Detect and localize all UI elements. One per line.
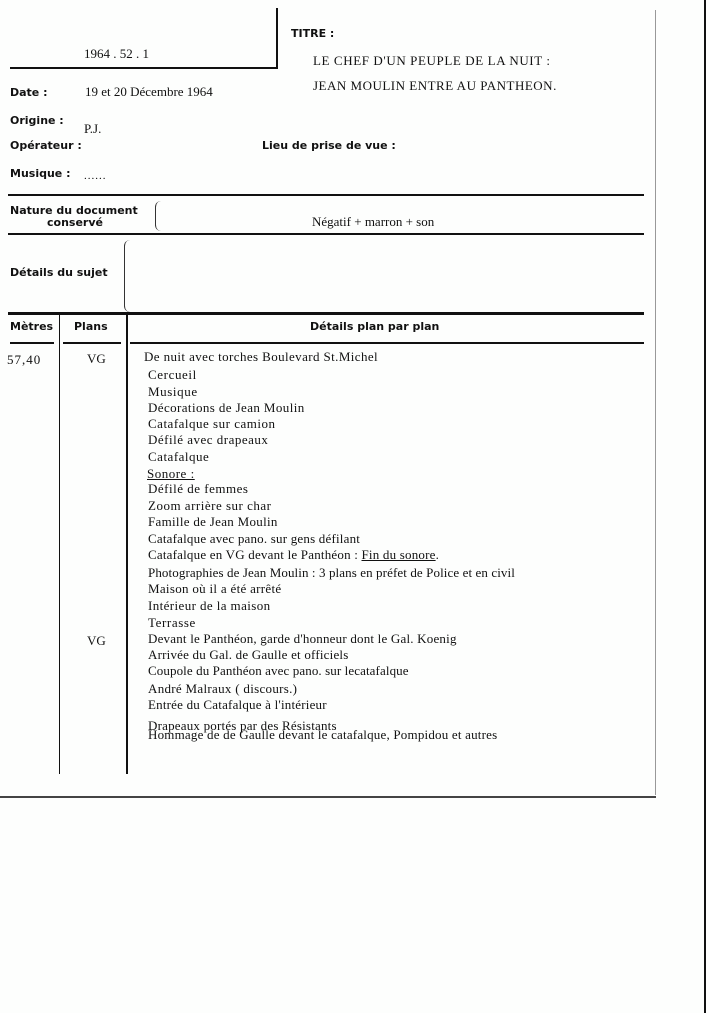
detail-row: Terrasse [148, 615, 196, 631]
scan-edge [704, 0, 711, 1013]
lieu-label: Lieu de prise de vue : [262, 139, 396, 152]
origine-value: P.J. [84, 121, 101, 137]
detail-row: Cercueil [148, 367, 197, 383]
detail-row: Catafalque [148, 449, 209, 465]
detail-row: Décorations de Jean Moulin [148, 400, 305, 416]
detail-row: Maison où il a été arrêté [148, 581, 281, 597]
header-plans: Plans [74, 320, 108, 333]
header-details: Détails plan par plan [310, 320, 439, 333]
details-sujet-brace [124, 240, 131, 312]
detail-row: Musique [148, 384, 198, 400]
detail-row: André Malraux ( discours.) [148, 681, 297, 697]
date-value: 19 et 20 Décembre 1964 [85, 84, 213, 100]
detail-row: Défilé avec drapeaux [148, 432, 268, 448]
fin-du-sonore: Fin du sonore [362, 547, 436, 562]
title-line-1: LE CHEF D'UN PEUPLE DE LA NUIT : [313, 53, 551, 69]
nature-label-line2: conservé [47, 216, 103, 229]
date-label: Date : [10, 86, 48, 99]
ref-box-bottom-border [10, 67, 278, 69]
title-line-2: JEAN MOULIN ENTRE AU PANTHEON. [313, 78, 557, 94]
divider-top [8, 194, 644, 196]
musique-label: Musique : [10, 167, 71, 180]
divider-bottom [0, 796, 656, 798]
right-border [655, 10, 656, 795]
header-underline-details [130, 342, 644, 344]
detail-row: Défilé de femmes [148, 481, 248, 497]
detail-row: De nuit avec torches Boulevard St.Michel [144, 349, 378, 365]
ref-box-right-border [276, 8, 278, 68]
header-underline-plans [63, 342, 121, 344]
metres-value: 57,40 [7, 352, 41, 368]
detail-row: Catafalque sur camion [148, 416, 275, 432]
detail-row: Entrée du Catafalque à l'intérieur [148, 697, 327, 713]
detail-row-fin-sonore: Catafalque en VG devant le Panthéon : Fi… [148, 547, 439, 563]
header-underline-metres [10, 342, 54, 344]
detail-row: Zoom arrière sur char [148, 498, 271, 514]
title-label: TITRE : [291, 27, 334, 40]
details-sujet-label: Détails du sujet [10, 266, 108, 279]
detail-row: Devant le Panthéon, garde d'honneur dont… [148, 631, 457, 647]
column-rule-1 [59, 314, 60, 774]
detail-row-sonore: Sonore : [147, 466, 195, 482]
divider-nature [8, 233, 644, 235]
detail-row-tail: . [436, 547, 439, 562]
detail-row: Photographies de Jean Moulin : 3 plans e… [148, 565, 515, 581]
detail-row: Coupole du Panthéon avec pano. sur lecat… [148, 663, 409, 679]
column-rule-2 [126, 314, 128, 774]
detail-row: Arrivée du Gal. de Gaulle et officiels [148, 647, 348, 663]
nature-value: Négatif + marron + son [312, 214, 434, 230]
nature-brace [155, 201, 162, 231]
divider-table-top [8, 312, 644, 315]
detail-row: Catafalque avec pano. sur gens défilant [148, 531, 360, 547]
reference-number: 1964 . 52 . 1 [84, 46, 149, 62]
detail-row: Hommage de de Gaulle devant le catafalqu… [148, 727, 497, 743]
header-metres: Mètres [10, 320, 53, 333]
operateur-label: Opérateur : [10, 139, 82, 152]
detail-row: Intérieur de la maison [148, 598, 271, 614]
detail-row: Famille de Jean Moulin [148, 514, 278, 530]
origine-label: Origine : [10, 114, 64, 127]
detail-row-text: Catafalque en VG devant le Panthéon : [148, 547, 362, 562]
musique-value: ...... [84, 170, 107, 182]
plans-value-2: VG [87, 633, 106, 649]
plans-value-1: VG [87, 351, 106, 367]
